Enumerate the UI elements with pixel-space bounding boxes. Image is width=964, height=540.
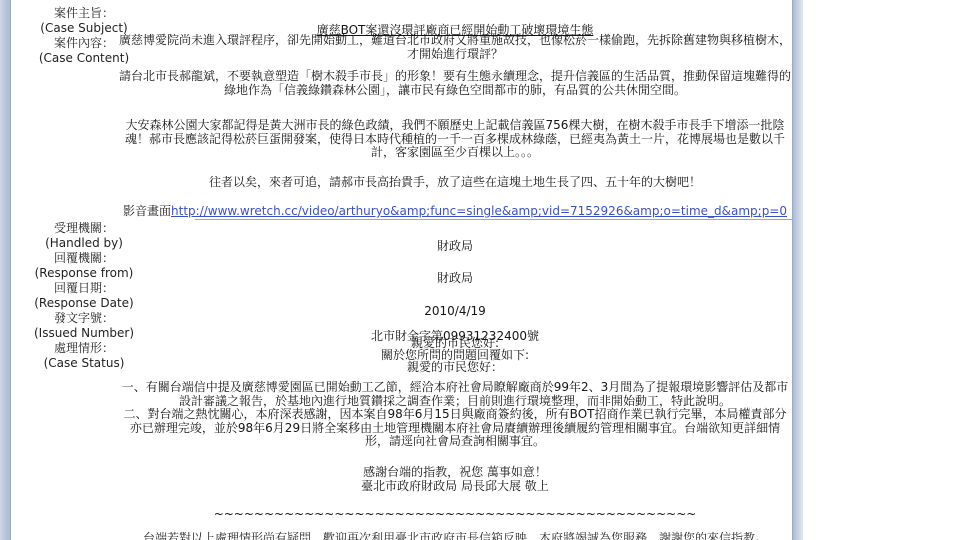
status-greeting: 親愛的市民您好： — [118, 361, 792, 375]
label-handled-by-zh: 受理機關： — [5, 221, 163, 235]
status-item-2: 二、對台端之熱忱關心，本府深表感謝，因本案自98年6月15日與廠商簽約後，所有B… — [118, 408, 792, 449]
case-content-paragraph-2: 請台北市長郝龍斌，不要執意塑造「樹木殺手市長」的形象！要有生態永續理念，提升信義… — [118, 70, 792, 97]
handled-by-value: 財政局 — [118, 240, 792, 254]
response-from-value: 財政局 — [118, 272, 792, 286]
response-date-value: 2010/4/19 — [118, 305, 792, 319]
case-content-paragraph-4: 往者以矣，來者可追，請郝市長高抬貴手，放了這些在這塊土地生長了四、五十年的大樹吧… — [118, 176, 792, 190]
video-label: 影音畫面 — [123, 204, 171, 218]
case-response-page: 案件主旨： (Case Subject) 案件內容： (Case Content… — [0, 0, 964, 540]
status-item-1: 一、有關台端信中提及廣慈博愛園區已開始動工乙節，經洽本府社會局瞭解廠商於99年2… — [118, 381, 792, 408]
label-case-subject-zh: 案件主旨： — [5, 6, 163, 20]
tilde-divider: ~~~~~~~~~~~~~~~~~~~~~~~~~~~~~~~~~~~~~~~~… — [118, 508, 792, 522]
status-closing-thanks: 感謝台端的指教，祝您 萬事如意！ — [118, 466, 792, 480]
section-separator-line — [195, 219, 792, 220]
case-content-paragraph-3: 大安森林公園大家都記得是黃大洲市長的綠色政績，我們不願歷史上記載信義區756棵大… — [118, 119, 792, 160]
video-line: 影音畫面http://www.wretch.cc/video/arthuryo&… — [118, 205, 792, 219]
status-closing-signature: 臺北市政府財政局 局長邱大展 敬上 — [118, 480, 792, 494]
video-url-link[interactable]: http://www.wretch.cc/video/arthuryo&amp;… — [171, 204, 787, 218]
case-content-paragraph-1: 廣慈博愛院尚未進入環評程序，卻先開始動工，難道台北市政府又將重施故技，也像松菸一… — [118, 34, 792, 61]
scrollbar-track[interactable] — [792, 0, 803, 540]
clipped-bottom-text-line: 台端若對以上處理情形尚有疑問，歡迎再次利用臺北市政府市長信箱反映，本府將竭誠為您… — [118, 531, 792, 540]
